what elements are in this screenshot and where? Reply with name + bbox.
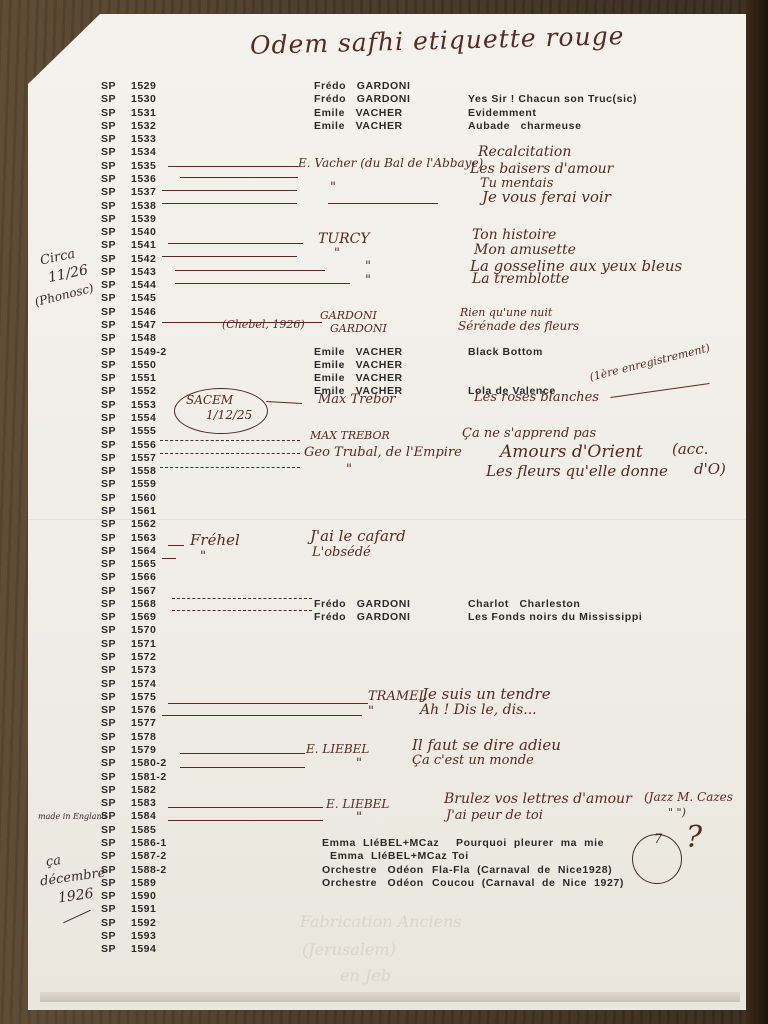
row-number: 1591 xyxy=(131,903,156,915)
row-number: 1556 xyxy=(131,439,156,451)
row-prefix: SP xyxy=(101,890,131,902)
row-number: 1566 xyxy=(131,571,156,583)
hand-title-1564: J'ai le cafard xyxy=(310,527,406,545)
rule-1556 xyxy=(160,440,300,441)
catalogue-row: SP1550 xyxy=(101,359,156,372)
row-prefix: SP xyxy=(101,146,131,158)
catalogue-row: SP1558 xyxy=(101,465,156,478)
row-number: 1549-2 xyxy=(131,346,167,358)
catalogue-row: SP1553 xyxy=(101,399,156,412)
hand-title-1581: Ça c'est un monde xyxy=(412,753,534,768)
catalogue-row: SP1567 xyxy=(101,585,156,598)
row-number: 1581-2 xyxy=(131,771,167,783)
hand-title-1580: Il faut se dire adieu xyxy=(412,736,561,754)
row-number: 1565 xyxy=(131,558,156,570)
row-number: 1585 xyxy=(131,824,156,836)
paper-bottom-edge xyxy=(40,992,740,1002)
row-number: 1587-2 xyxy=(131,850,167,862)
note-accordion: (acc. xyxy=(672,440,708,458)
rule-1558 xyxy=(160,467,300,468)
row-number: 1582 xyxy=(131,784,156,796)
row-number: 1586-1 xyxy=(131,837,167,849)
hand-artist-1564: Fréhel xyxy=(190,531,240,549)
catalogue-row: SP1540 xyxy=(101,226,156,239)
row-number: 1548 xyxy=(131,332,156,344)
catalogue-row: SP1582 xyxy=(101,784,156,797)
row-prefix: SP xyxy=(101,478,131,490)
row-prefix: SP xyxy=(101,332,131,344)
typed-title: Toi xyxy=(452,850,469,862)
row-number: 1570 xyxy=(131,624,156,636)
row-prefix: SP xyxy=(101,771,131,783)
row-number: 1540 xyxy=(131,226,156,238)
row-prefix: SP xyxy=(101,784,131,796)
typed-title: Black Bottom xyxy=(468,346,543,358)
catalogue-row: SP1535 xyxy=(101,160,156,173)
row-prefix: SP xyxy=(101,691,131,703)
typed-artist: Emile VACHER xyxy=(314,107,403,119)
row-prefix: SP xyxy=(101,492,131,504)
typed-title: Aubade charmeuse xyxy=(468,120,582,132)
ghost-text-2: (Jerusalem) xyxy=(302,940,396,959)
catalogue-row: SP1560 xyxy=(101,492,156,505)
rule-1581 xyxy=(180,767,305,768)
row-prefix: SP xyxy=(101,239,131,251)
row-prefix: SP xyxy=(101,292,131,304)
row-prefix: SP xyxy=(101,226,131,238)
catalogue-row: SP1554 xyxy=(101,412,156,425)
row-prefix: SP xyxy=(101,213,131,225)
note-circled-year: 7 xyxy=(654,832,662,847)
catalogue-row: SP1594 xyxy=(101,943,156,956)
row-number: 1592 xyxy=(131,917,156,929)
typed-title: Yes Sir ! Chacun son Truc(sic) xyxy=(468,93,637,105)
row-number: 1580-2 xyxy=(131,757,167,769)
row-number: 1576 xyxy=(131,704,156,716)
rule-1542 xyxy=(162,256,297,257)
row-number: 1594 xyxy=(131,943,156,955)
catalogue-row: SP1551 xyxy=(101,372,156,385)
row-prefix: SP xyxy=(101,824,131,836)
row-prefix: SP xyxy=(101,160,131,172)
catalogue-row: SP1564 xyxy=(101,545,156,558)
catalogue-row: SP1547 xyxy=(101,319,156,332)
catalogue-row: SP1562 xyxy=(101,518,156,531)
row-number: 1552 xyxy=(131,385,156,397)
typed-title: Fla-Fla (Carnaval de Nice1928) xyxy=(432,864,612,876)
row-number: 1539 xyxy=(131,213,156,225)
note-chebel: (Chebel, 1926) xyxy=(222,318,305,331)
row-number: 1535 xyxy=(131,160,156,172)
rule-1537 xyxy=(162,190,297,191)
catalogue-row: SP1589 xyxy=(101,877,156,890)
catalogue-row: SP1537 xyxy=(101,186,156,199)
hand-artist-1553: Max Trebor xyxy=(318,392,395,407)
row-prefix: SP xyxy=(101,545,131,557)
hand-artist-1557: Geo Trubal, de l'Empire xyxy=(304,445,462,460)
row-number: 1560 xyxy=(131,492,156,504)
rule-1577 xyxy=(162,715,362,716)
typed-title: Charlot Charleston xyxy=(468,598,580,610)
row-prefix: SP xyxy=(101,107,131,119)
row-prefix: SP xyxy=(101,439,131,451)
rule-1543 xyxy=(175,270,325,271)
typed-artist: Orchestre Odéon xyxy=(322,864,424,876)
row-prefix: SP xyxy=(101,744,131,756)
hand-title-1585: J'ai peur de toi xyxy=(446,808,543,823)
row-number: 1530 xyxy=(131,93,156,105)
catalogue-row: SP1545 xyxy=(101,292,156,305)
note-accordion-2: d'O) xyxy=(694,460,726,478)
row-prefix: SP xyxy=(101,385,131,397)
row-number: 1559 xyxy=(131,478,156,490)
row-number: 1567 xyxy=(131,585,156,597)
row-number: 1562 xyxy=(131,518,156,530)
rule-1535 xyxy=(168,166,298,167)
catalogue-row: SP1561 xyxy=(101,505,156,518)
typed-artist: Emma LIéBEL+MCaz xyxy=(330,850,447,862)
row-number: 1541 xyxy=(131,239,156,251)
typed-artist: Emile VACHER xyxy=(314,120,403,132)
catalogue-row: SP1583 xyxy=(101,797,156,810)
row-prefix: SP xyxy=(101,624,131,636)
row-prefix: SP xyxy=(101,319,131,331)
catalogue-row: SP1587-2 xyxy=(101,850,167,863)
typed-title: Pourquoi pleurer ma mie xyxy=(456,837,604,849)
hand-title-1553: Les roses blanches xyxy=(474,390,599,405)
hand-title-1547: Rien qu'une nuit xyxy=(460,306,552,319)
row-prefix: SP xyxy=(101,850,131,862)
catalogue-row: SP1575 xyxy=(101,691,156,704)
hand-artist-1585: " xyxy=(356,810,362,825)
hand-artist-1542: " xyxy=(334,246,340,261)
catalogue-row: SP1541 xyxy=(101,239,156,252)
row-prefix: SP xyxy=(101,532,131,544)
rule-1557 xyxy=(160,453,300,454)
row-prefix: SP xyxy=(101,399,131,411)
ghost-text-1: Fabrication Anciens xyxy=(300,912,462,931)
row-number: 1563 xyxy=(131,532,156,544)
row-prefix: SP xyxy=(101,731,131,743)
row-number: 1575 xyxy=(131,691,156,703)
catalogue-row: SP1593 xyxy=(101,930,156,943)
row-prefix: SP xyxy=(101,717,131,729)
row-prefix: SP xyxy=(101,943,131,955)
rule-1568 xyxy=(172,598,312,599)
typed-artist: Frédo GARDONI xyxy=(314,611,411,623)
row-prefix: SP xyxy=(101,173,131,185)
note-sacem-date: 1/12/25 xyxy=(206,408,252,422)
catalogue-row: SP1568 xyxy=(101,598,156,611)
row-number: 1558 xyxy=(131,465,156,477)
row-prefix: SP xyxy=(101,571,131,583)
row-prefix: SP xyxy=(101,120,131,132)
row-number: 1546 xyxy=(131,306,156,318)
row-number: 1536 xyxy=(131,173,156,185)
typed-artist: Emile VACHER xyxy=(314,346,403,358)
row-prefix: SP xyxy=(101,797,131,809)
row-number: 1568 xyxy=(131,598,156,610)
row-number: 1545 xyxy=(131,292,156,304)
catalogue-row: SP1563 xyxy=(101,532,156,545)
row-number: 1588-2 xyxy=(131,864,167,876)
row-prefix: SP xyxy=(101,704,131,716)
typed-artist: Emile VACHER xyxy=(314,359,403,371)
catalogue-row: SP1569 xyxy=(101,611,156,624)
catalogue-row: SP1548 xyxy=(101,332,156,345)
typed-artist: Frédo GARDONI xyxy=(314,93,411,105)
row-prefix: SP xyxy=(101,903,131,915)
hand-title-1577: Ah ! Dis le, dis... xyxy=(420,702,537,718)
typed-artist: Frédo GARDONI xyxy=(314,598,411,610)
catalogue-row: SP1531 xyxy=(101,107,156,120)
hand-title-1548: Sérénade des fleurs xyxy=(458,319,579,333)
catalogue-row: SP1530 xyxy=(101,93,156,106)
row-number: 1529 xyxy=(131,80,156,92)
row-prefix: SP xyxy=(101,518,131,530)
row-prefix: SP xyxy=(101,917,131,929)
catalogue-row: SP1549-2 xyxy=(101,346,167,359)
catalogue-row: SP1581-2 xyxy=(101,771,167,784)
hand-artist-1580: E. LIEBEL xyxy=(306,742,369,756)
hand-artist-1544: " xyxy=(365,273,371,288)
hand-title-1544: La tremblotte xyxy=(472,271,569,287)
rule-1564 xyxy=(168,545,184,546)
row-prefix: SP xyxy=(101,598,131,610)
rule-1541 xyxy=(168,243,303,244)
typed-artist: Emma LIéBEL+MCaz xyxy=(322,837,439,849)
row-number: 1584 xyxy=(131,810,156,822)
row-prefix: SP xyxy=(101,266,131,278)
hand-title-1557: Amours d'Orient xyxy=(500,442,643,462)
row-number: 1578 xyxy=(131,731,156,743)
catalogue-row: SP1592 xyxy=(101,917,156,930)
row-prefix: SP xyxy=(101,253,131,265)
catalogue-row: SP1538 xyxy=(101,200,156,213)
hand-title-1556: Ça ne s'apprend pas xyxy=(462,426,596,441)
note-jazz-2: " ") xyxy=(668,806,686,819)
row-prefix: SP xyxy=(101,465,131,477)
row-number: 1543 xyxy=(131,266,156,278)
catalogue-row: SP1576 xyxy=(101,704,156,717)
row-prefix: SP xyxy=(101,200,131,212)
rule-1580 xyxy=(180,753,305,754)
catalogue-row: SP1572 xyxy=(101,651,156,664)
row-prefix: SP xyxy=(101,558,131,570)
row-prefix: SP xyxy=(101,372,131,384)
rule-1538b xyxy=(328,203,438,204)
hand-artist-1577: " xyxy=(368,704,374,719)
row-number: 1579 xyxy=(131,744,156,756)
row-prefix: SP xyxy=(101,306,131,318)
catalogue-row: SP1546 xyxy=(101,306,156,319)
catalogue-row: SP1574 xyxy=(101,678,156,691)
hand-title-1536: Les baisers d'amour xyxy=(470,161,613,177)
note-jazz: (Jazz M. Cazes xyxy=(644,790,733,804)
hand-title-1535: Recalcitation xyxy=(478,144,571,160)
hand-artist-1576: TRAMEL xyxy=(368,689,427,704)
typed-title: Les Fonds noirs du Mississippi xyxy=(468,611,642,623)
typed-artist: Emile VACHER xyxy=(314,372,403,384)
catalogue-row: SP1559 xyxy=(101,478,156,491)
row-prefix: SP xyxy=(101,359,131,371)
row-prefix: SP xyxy=(101,837,131,849)
catalogue-row: SP1579 xyxy=(101,744,156,757)
hand-artist-1556: MAX TREBOR xyxy=(310,429,390,442)
row-prefix: SP xyxy=(101,757,131,769)
rule-1536 xyxy=(180,177,298,178)
hand-title-1541: Ton histoire xyxy=(472,227,556,243)
row-prefix: SP xyxy=(101,930,131,942)
rule-1585 xyxy=(168,820,323,821)
row-prefix: SP xyxy=(101,186,131,198)
row-number: 1544 xyxy=(131,279,156,291)
row-number: 1593 xyxy=(131,930,156,942)
catalogue-row: SP1591 xyxy=(101,903,156,916)
catalogue-row: SP1534 xyxy=(101,146,156,159)
row-prefix: SP xyxy=(101,505,131,517)
catalogue-row: SP1571 xyxy=(101,638,156,651)
catalogue-row: SP1557 xyxy=(101,452,156,465)
row-number: 1551 xyxy=(131,372,156,384)
row-number: 1589 xyxy=(131,877,156,889)
row-prefix: SP xyxy=(101,452,131,464)
hand-title-1565: L'obsédé xyxy=(312,545,371,560)
hand-artist-1548: GARDONI xyxy=(330,322,387,335)
catalogue-row: SP1536 xyxy=(101,173,156,186)
typed-artist: Frédo GARDONI xyxy=(314,80,411,92)
hand-artist-1547: GARDONI xyxy=(320,309,377,322)
row-prefix: SP xyxy=(101,93,131,105)
row-number: 1547 xyxy=(131,319,156,331)
row-number: 1531 xyxy=(131,107,156,119)
catalogue-row: SP1580-2 xyxy=(101,757,167,770)
row-number: 1572 xyxy=(131,651,156,663)
row-number: 1583 xyxy=(131,797,156,809)
row-number: 1554 xyxy=(131,412,156,424)
catalogue-row: SP1556 xyxy=(101,439,156,452)
row-number: 1571 xyxy=(131,638,156,650)
row-number: 1574 xyxy=(131,678,156,690)
row-prefix: SP xyxy=(101,678,131,690)
rule-1576 xyxy=(168,703,368,704)
row-prefix: SP xyxy=(101,664,131,676)
note-question-mark: ? xyxy=(686,820,702,855)
rule-1569 xyxy=(172,610,312,611)
row-number: 1561 xyxy=(131,505,156,517)
hand-artist-1581: " xyxy=(356,756,362,771)
ghost-text-3: en Jeb xyxy=(340,966,391,985)
catalogue-row: SP1532 xyxy=(101,120,156,133)
catalogue-row: SP1542 xyxy=(101,253,156,266)
catalogue-row: SP1555 xyxy=(101,425,156,438)
catalogue-row: SP1529 xyxy=(101,80,156,93)
catalogue-row: SP1577 xyxy=(101,717,156,730)
hand-title-1576: Je suis un tendre xyxy=(422,685,551,703)
row-number: 1590 xyxy=(131,890,156,902)
row-number: 1533 xyxy=(131,133,156,145)
row-prefix: SP xyxy=(101,638,131,650)
hand-title-1558: Les fleurs qu'elle donne xyxy=(486,462,668,480)
row-prefix: SP xyxy=(101,80,131,92)
row-prefix: SP xyxy=(101,425,131,437)
typed-title: Evidemment xyxy=(468,107,536,119)
catalogue-row: SP1590 xyxy=(101,890,156,903)
row-number: 1537 xyxy=(131,186,156,198)
row-prefix: SP xyxy=(101,133,131,145)
hand-title-1542: Mon amusette xyxy=(474,242,576,258)
note-made-in-england: made in England xyxy=(38,812,107,821)
catalogue-row: SP1533 xyxy=(101,133,156,146)
rule-1544 xyxy=(175,283,350,284)
hand-artist-1541: TURCY xyxy=(318,231,370,247)
row-number: 1564 xyxy=(131,545,156,557)
catalogue-row: SP1543 xyxy=(101,266,156,279)
hand-artist-1535: E. Vacher (du Bal de l'Abbaye) xyxy=(298,156,483,170)
row-prefix: SP xyxy=(101,611,131,623)
row-prefix: SP xyxy=(101,585,131,597)
catalogue-row: SP1588-2 xyxy=(101,864,167,877)
hand-title-1538: Je vous ferai voir xyxy=(482,188,611,206)
row-number: 1573 xyxy=(131,664,156,676)
hand-artist-1565: " xyxy=(200,549,206,564)
note-ca: ça xyxy=(45,853,62,870)
row-number: 1542 xyxy=(131,253,156,265)
catalogue-row: SP1539 xyxy=(101,213,156,226)
row-number: 1553 xyxy=(131,399,156,411)
wood-background-edge xyxy=(746,0,768,1024)
row-prefix: SP xyxy=(101,651,131,663)
row-number: 1534 xyxy=(131,146,156,158)
catalogue-row: SP1573 xyxy=(101,664,156,677)
rule-1538 xyxy=(162,203,297,204)
rule-1584 xyxy=(168,807,323,808)
hand-artist-1543: " xyxy=(365,259,371,274)
catalogue-row: SP1552 xyxy=(101,385,156,398)
note-sacem: SACEM xyxy=(186,393,233,407)
hand-artist-1537: " xyxy=(330,180,336,195)
catalogue-row: SP1578 xyxy=(101,731,156,744)
row-number: 1569 xyxy=(131,611,156,623)
hand-artist-1584: E. LIEBEL xyxy=(326,797,389,811)
typed-artist: Orchestre Odéon xyxy=(322,877,424,889)
catalogue-row: SP1584 xyxy=(101,810,156,823)
row-number: 1577 xyxy=(131,717,156,729)
row-number: 1557 xyxy=(131,452,156,464)
catalogue-row: SP1566 xyxy=(101,571,156,584)
row-prefix: SP xyxy=(101,279,131,291)
catalogue-row: SP1570 xyxy=(101,624,156,637)
row-prefix: SP xyxy=(101,412,131,424)
typed-title: Coucou (Carnaval de Nice 1927) xyxy=(432,877,624,889)
row-number: 1555 xyxy=(131,425,156,437)
row-number: 1550 xyxy=(131,359,156,371)
hand-artist-1558: " xyxy=(346,462,352,477)
catalogue-row: SP1544 xyxy=(101,279,156,292)
catalogue-row: SP1565 xyxy=(101,558,156,571)
catalogue-row: SP1585 xyxy=(101,824,156,837)
row-number: 1532 xyxy=(131,120,156,132)
hand-title-1584: Brulez vos lettres d'amour xyxy=(444,791,632,807)
row-prefix: SP xyxy=(101,346,131,358)
row-number: 1538 xyxy=(131,200,156,212)
catalogue-row: SP1586-1 xyxy=(101,837,167,850)
rule-1565 xyxy=(162,558,176,559)
